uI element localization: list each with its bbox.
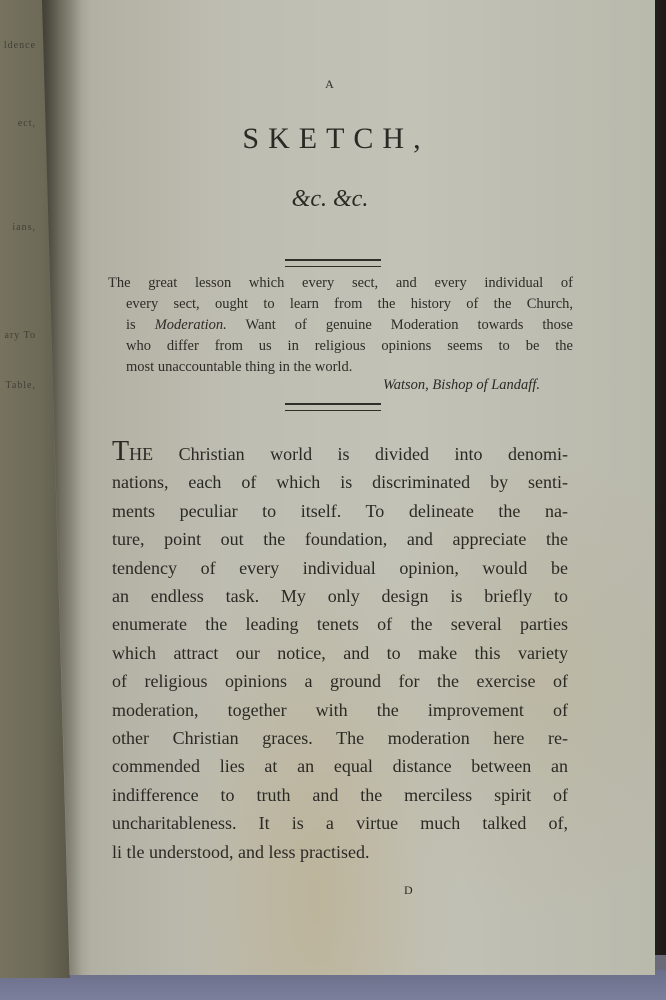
body-line: commended lies at an equal distance betw… [112, 752, 568, 780]
body-line: ments peculiar to itself. To delineate t… [112, 497, 568, 525]
epigraph-attribution: Watson, Bishop of Landaff. [300, 377, 540, 394]
double-rule-bottom [285, 403, 381, 411]
body-line: enumerate the leading tenets of the seve… [112, 610, 568, 638]
body-text: HE Christian world is divided into denom… [129, 444, 568, 464]
heading-etcetera: &c. &c. [0, 186, 660, 213]
epigraph-text: Want of genuine Moderation towards those [227, 317, 573, 333]
body-line: THE Christian world is divided into deno… [112, 438, 568, 468]
epigraph-text: is [126, 317, 155, 333]
body-line: tendency of every individual opinion, wo… [112, 554, 568, 582]
epigraph-line: who differ from us in religious opinions… [108, 336, 573, 357]
body-line: which attract our notice, and to make th… [112, 639, 568, 667]
double-rule-top [285, 259, 381, 267]
signature-mark: D [404, 883, 414, 898]
page-content: A SKETCH, &c. &c. The great lesson which… [0, 0, 666, 1000]
epigraph-line: most unaccountable thing in the world. [108, 357, 573, 378]
body-line: ture, point out the foundation, and appr… [112, 525, 568, 553]
body-line: of religious opinions a ground for the e… [112, 667, 568, 695]
body-line: nations, each of which is discriminated … [112, 468, 568, 496]
drop-cap: T [112, 436, 129, 467]
body-line: moderation, together with the improvemen… [112, 696, 568, 724]
epigraph-line: is Moderation. Want of genuine Moderatio… [108, 315, 573, 336]
body-line: an endless task. My only design is brief… [112, 582, 568, 610]
body-line: other Christian graces. The moderation h… [112, 724, 568, 752]
body-line: uncharitableness. It is a virtue much ta… [112, 809, 568, 837]
epigraph-line: every sect, ought to learn from the hist… [108, 294, 573, 315]
epigraph: The great lesson which every sect, and e… [108, 273, 573, 378]
heading-article: A [0, 77, 660, 92]
epigraph-emphasis: Moderation. [155, 317, 227, 333]
body-paragraph: THE Christian world is divided into deno… [112, 438, 568, 866]
epigraph-line: The great lesson which every sect, and e… [108, 273, 573, 294]
body-line: li tle understood, and less practised. [112, 838, 568, 866]
body-line: indifference to truth and the merciless … [112, 781, 568, 809]
page-title: SKETCH, [0, 122, 666, 156]
